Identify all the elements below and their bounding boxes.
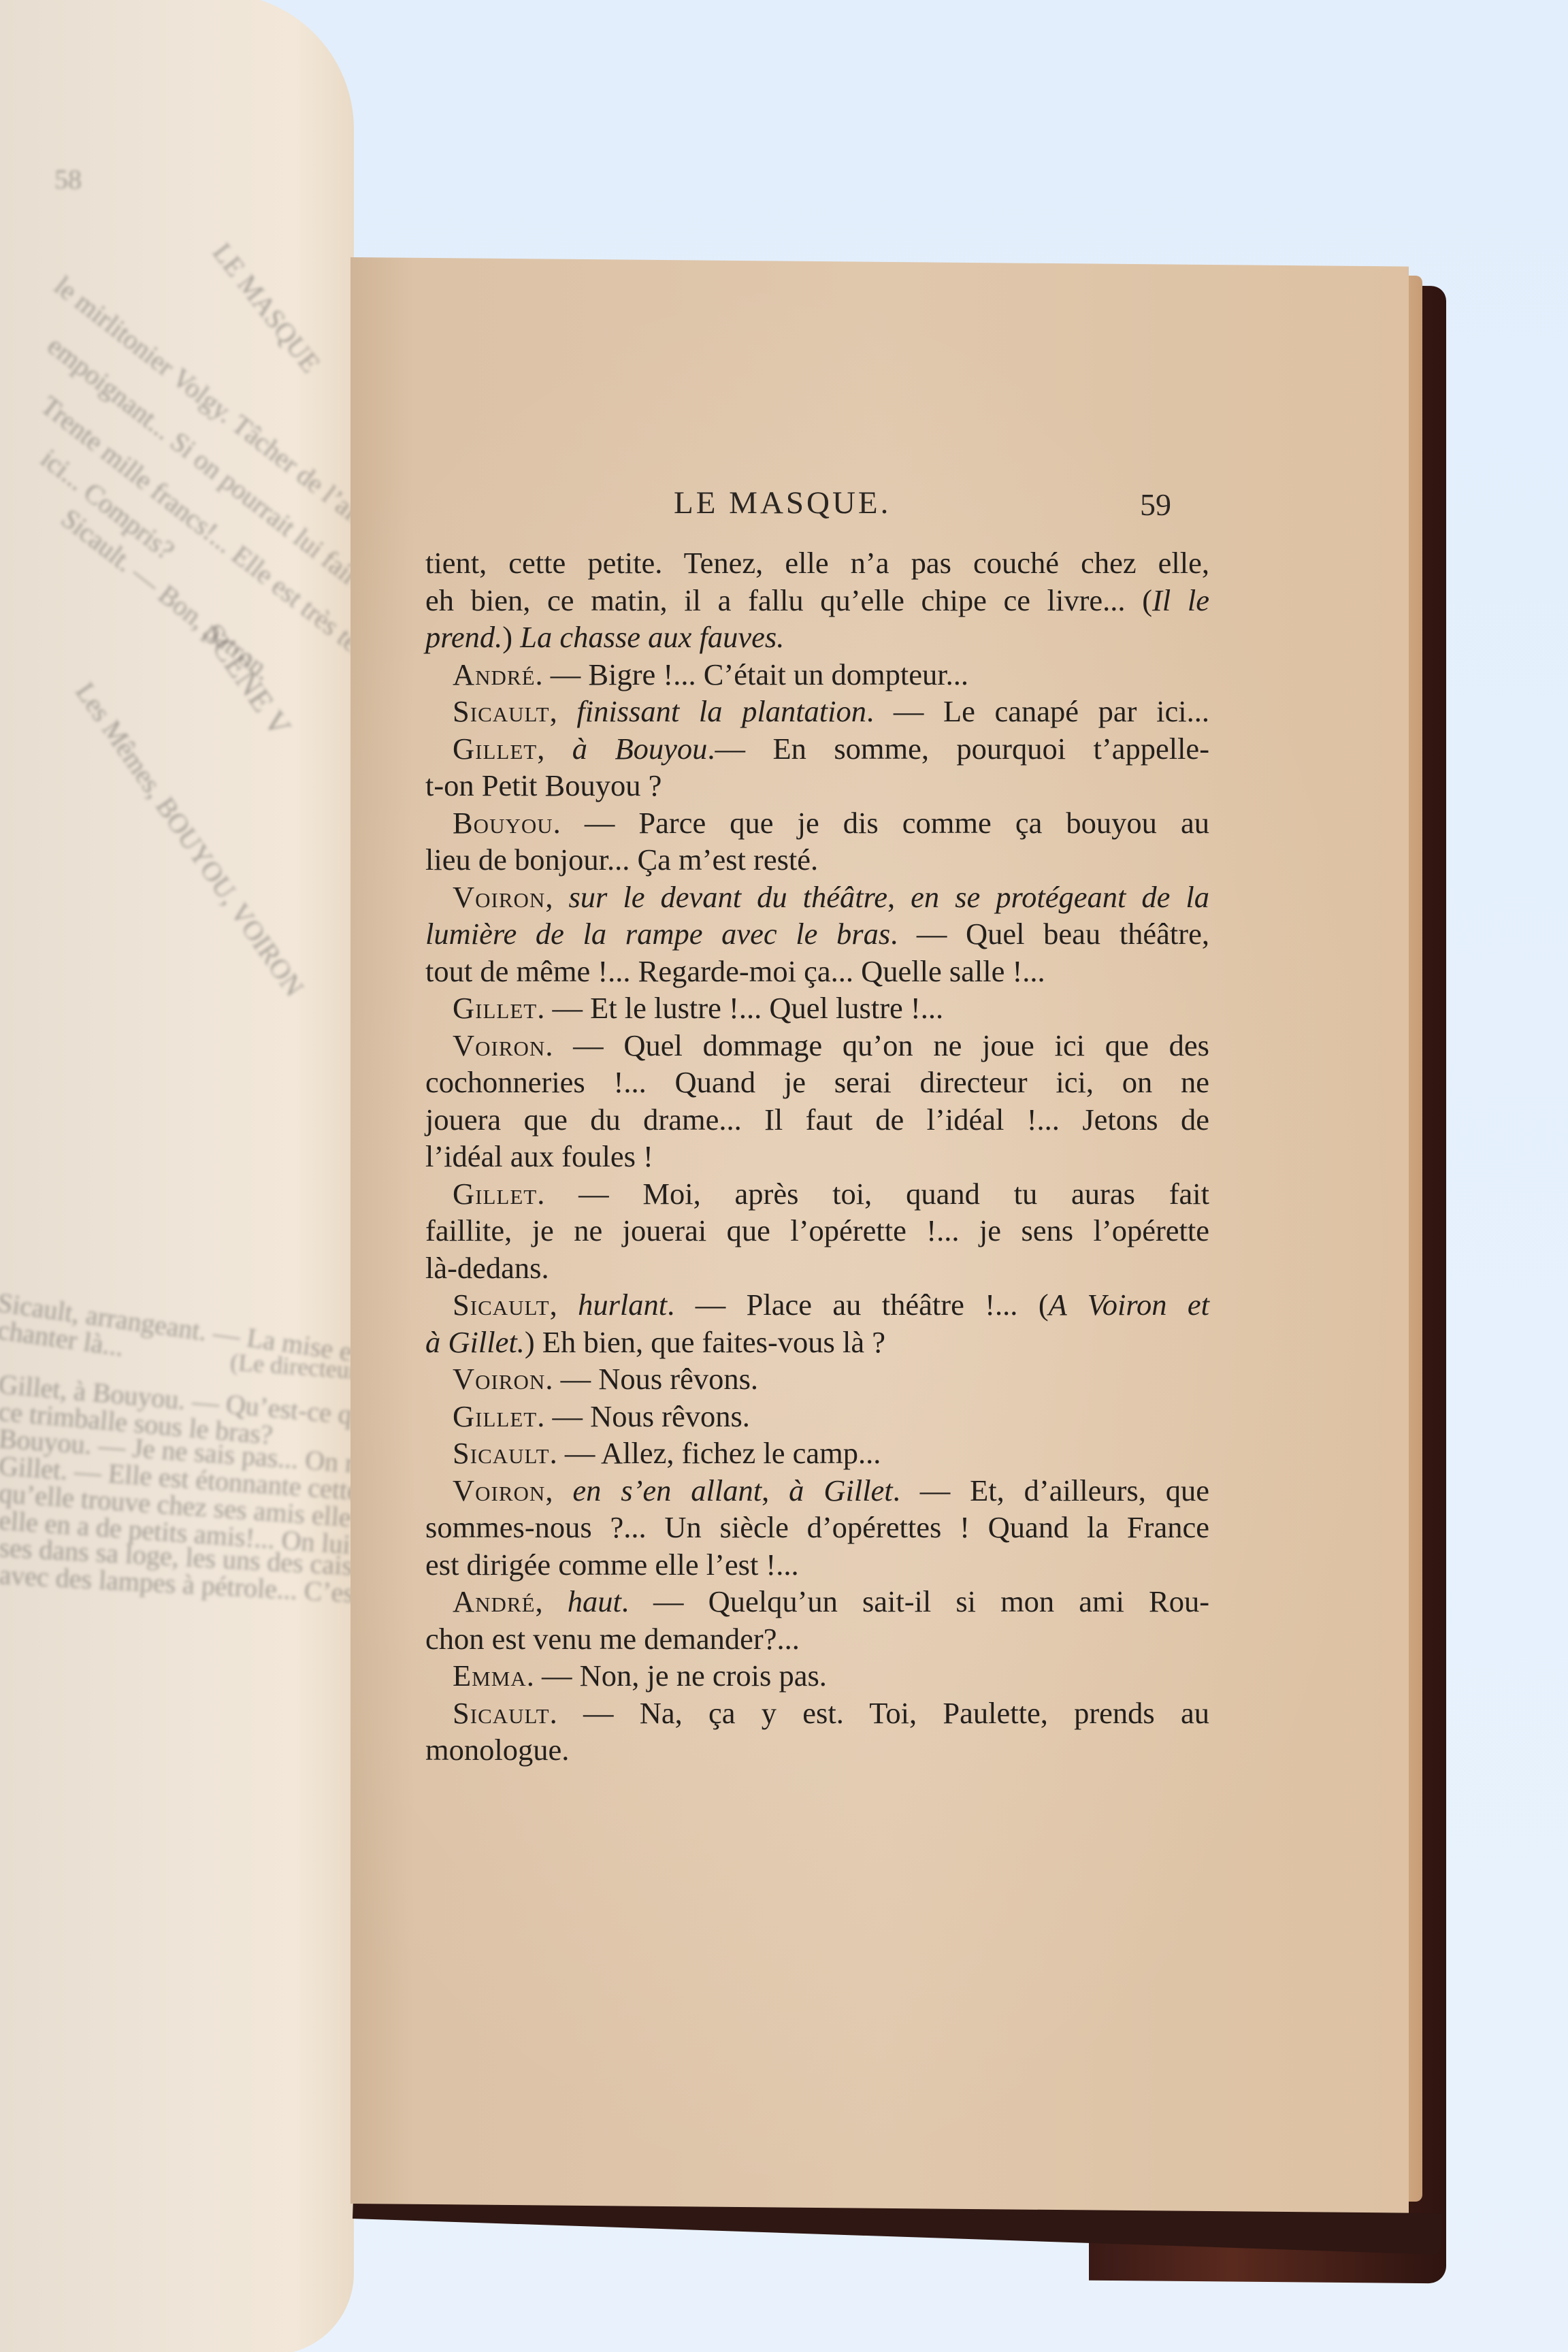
text-line: lumière de la rampe avec le bras. — Quel… bbox=[425, 915, 1209, 953]
text-line: sommes-nous ?... Un siècle d’opérettes !… bbox=[425, 1509, 1209, 1546]
facing-page-line: SCÈNE V bbox=[195, 617, 299, 743]
speaker-name: Bouyou bbox=[453, 806, 553, 840]
text-line: Gillet. — Moi, après toi, quand tu auras… bbox=[425, 1175, 1209, 1213]
dialogue-text: ) bbox=[502, 620, 520, 654]
dialogue-text: . — Quel beau théâtre, bbox=[890, 917, 1209, 951]
text-line: cochonneries !... Quand je serai directe… bbox=[425, 1064, 1209, 1101]
text-line: Bouyou. — Parce que je dis comme ça bouy… bbox=[425, 804, 1209, 842]
text-line: eh bien, ce matin, il a fallu qu’elle ch… bbox=[425, 582, 1209, 619]
dialogue-text: eh bien, ce matin, il a fallu qu’elle ch… bbox=[425, 583, 1152, 617]
stage-direction: à Bouyou bbox=[572, 732, 708, 766]
text-line: André. — Bigre !... C’était un dompteur.… bbox=[425, 656, 1209, 693]
dialogue-text: . — Moi, après toi, quand tu auras fait bbox=[537, 1177, 1209, 1211]
dialogue-text: . — Quelqu’un sait-il si mon ami Rou- bbox=[621, 1584, 1209, 1618]
dialogue-text: . — Na, ça y est. Toi, Paulette, prends … bbox=[550, 1696, 1209, 1730]
speaker-name: André bbox=[453, 657, 536, 691]
dialogue-text: tout de même !... Regarde-moi ça... Quel… bbox=[425, 954, 1045, 988]
dialogue-text: . — Quel dommage qu’on ne joue ici que d… bbox=[545, 1028, 1209, 1062]
stage-direction: hurlant bbox=[578, 1288, 667, 1322]
speaker-name: Sicault bbox=[453, 1288, 550, 1322]
dialogue-text: , bbox=[762, 1473, 789, 1507]
text-line: est dirigée comme elle l’est !... bbox=[425, 1546, 1209, 1584]
dialogue-text: . — Et le lustre !... Quel lustre !... bbox=[537, 991, 943, 1025]
speaker-name: Voiron bbox=[453, 1028, 545, 1062]
text-line: Sicault, finissant la plantation. — Le c… bbox=[425, 693, 1209, 730]
text-line: Voiron, sur le devant du théâtre, en se … bbox=[425, 879, 1209, 916]
dialogue-text: est dirigée comme elle l’est !... bbox=[425, 1548, 799, 1582]
text-line: faillite, je ne jouerai que l’opérette !… bbox=[425, 1212, 1209, 1249]
text-line: Voiron. — Quel dommage qu’on ne joue ici… bbox=[425, 1027, 1209, 1064]
text-line: à Gillet.) Eh bien, que faites-vous là ? bbox=[425, 1324, 1209, 1361]
dialogue-text: lieu de bonjour... Ça m’est resté. bbox=[425, 843, 818, 877]
text-line: jouera que du drame... Il faut de l’idéa… bbox=[425, 1101, 1209, 1139]
dialogue-text: l’idéal aux foules ! bbox=[425, 1139, 653, 1173]
text-line: lieu de bonjour... Ça m’est resté. bbox=[425, 841, 1209, 879]
page-number: 59 bbox=[1140, 487, 1171, 523]
stage-direction: en se protégeant de la bbox=[911, 880, 1209, 914]
dialogue-text: . — Nous rêvons. bbox=[545, 1362, 758, 1396]
speaker-name: Emma bbox=[453, 1659, 527, 1693]
dialogue-text: , bbox=[887, 880, 911, 914]
dialogue-text: chon est venu me demander?... bbox=[425, 1622, 800, 1656]
dialogue-text: . — Parce que je dis comme ça bouyou au bbox=[553, 806, 1209, 840]
text-line: tient, cette petite. Tenez, elle n’a pas… bbox=[425, 544, 1209, 582]
dialogue-text: cochonneries !... Quand je serai directe… bbox=[425, 1065, 1209, 1099]
stage-direction: à Gillet bbox=[789, 1473, 893, 1507]
speaker-name: Gillet bbox=[453, 732, 537, 766]
dialogue-text: ) Eh bien, que faites-vous là ? bbox=[525, 1325, 885, 1359]
dialogue-text: t-on Petit Bouyou ? bbox=[425, 768, 661, 802]
dialogue-text: tient, cette petite. Tenez, elle n’a pas… bbox=[425, 546, 1209, 580]
dialogue-text: jouera que du drame... Il faut de l’idéa… bbox=[425, 1102, 1209, 1137]
dialogue-text: . — Et, d’ailleurs, que bbox=[893, 1473, 1209, 1507]
text-line: tout de même !... Regarde-moi ça... Quel… bbox=[425, 953, 1209, 990]
page-body-text: tient, cette petite. Tenez, elle n’a pas… bbox=[425, 544, 1209, 1769]
facing-page-line: 58 bbox=[54, 163, 82, 195]
text-line: Voiron. — Nous rêvons. bbox=[425, 1360, 1209, 1398]
text-line: Emma. — Non, je ne crois pas. bbox=[425, 1657, 1209, 1695]
speaker-name: Gillet bbox=[453, 1177, 537, 1211]
speaker-name: Voiron bbox=[453, 1362, 545, 1396]
speaker-name: André bbox=[453, 1584, 536, 1618]
speaker-name: Voiron bbox=[453, 1473, 545, 1507]
dialogue-text: .— En somme, pourquoi t’appelle- bbox=[707, 732, 1209, 766]
text-line: Sicault, hurlant. — Place au théâtre !..… bbox=[425, 1286, 1209, 1324]
text-line: Voiron, en s’en allant, à Gillet. — Et, … bbox=[425, 1472, 1209, 1509]
running-head: LE MASQUE. bbox=[674, 485, 891, 521]
text-line: Sicault. — Na, ça y est. Toi, Paulette, … bbox=[425, 1695, 1209, 1732]
facing-page-left: 58LE MASQUEle mirlitonier Volgy. Tâcher … bbox=[0, 0, 354, 2352]
speaker-name: Sicault bbox=[453, 694, 550, 728]
stage-direction: finissant la plantation bbox=[576, 694, 866, 728]
text-line: t-on Petit Bouyou ? bbox=[425, 767, 1209, 804]
text-line: là-dedans. bbox=[425, 1249, 1209, 1287]
dialogue-text: . — Nous rêvons. bbox=[537, 1399, 750, 1433]
text-line: Gillet, à Bouyou.— En somme, pourquoi t’… bbox=[425, 730, 1209, 768]
text-line: Gillet. — Nous rêvons. bbox=[425, 1398, 1209, 1435]
stage-direction: sur le devant du théâtre bbox=[568, 880, 887, 914]
text-line: Gillet. — Et le lustre !... Quel lustre … bbox=[425, 990, 1209, 1027]
dialogue-text: , bbox=[550, 694, 577, 728]
dialogue-text: . — Place au théâtre !... ( bbox=[667, 1288, 1049, 1322]
text-line: André, haut. — Quelqu’un sait-il si mon … bbox=[425, 1583, 1209, 1620]
text-line: chon est venu me demander?... bbox=[425, 1620, 1209, 1658]
dialogue-text: , bbox=[537, 732, 572, 766]
dialogue-text: , bbox=[536, 1584, 568, 1618]
dialogue-text: monologue. bbox=[425, 1733, 569, 1767]
stage-direction: La chasse aux fauves. bbox=[520, 620, 784, 654]
dialogue-text: . — Allez, fichez le camp... bbox=[550, 1436, 881, 1470]
dialogue-text: là-dedans. bbox=[425, 1251, 549, 1285]
dialogue-text: , bbox=[550, 1288, 578, 1322]
stage-direction: à Gillet. bbox=[425, 1325, 525, 1359]
dialogue-text: , bbox=[545, 1473, 572, 1507]
stage-direction: prend. bbox=[425, 620, 502, 654]
dialogue-text: . — Non, je ne crois pas. bbox=[527, 1659, 827, 1693]
speaker-name: Sicault bbox=[453, 1436, 550, 1470]
speaker-name: Sicault bbox=[453, 1696, 550, 1730]
stage-direction: lumière de la rampe avec le bras bbox=[425, 917, 890, 951]
text-line: Sicault. — Allez, fichez le camp... bbox=[425, 1435, 1209, 1472]
stage-direction: Il le bbox=[1152, 583, 1209, 617]
text-line: monologue. bbox=[425, 1731, 1209, 1769]
dialogue-text: . — Bigre !... C’était un dompteur... bbox=[536, 657, 969, 691]
stage-direction: en s’en allant bbox=[572, 1473, 762, 1507]
dialogue-text: faillite, je ne jouerai que l’opérette !… bbox=[425, 1213, 1209, 1247]
text-line: prend.) La chasse aux fauves. bbox=[425, 619, 1209, 656]
speaker-name: Gillet bbox=[453, 991, 537, 1025]
stage-direction: A Voiron et bbox=[1049, 1288, 1209, 1322]
facing-page-line: LE MASQUE bbox=[206, 237, 327, 378]
dialogue-text: . — Le canapé par ici... bbox=[866, 694, 1209, 728]
stage-direction: haut bbox=[568, 1584, 621, 1618]
speaker-name: Voiron bbox=[453, 880, 545, 914]
speaker-name: Gillet bbox=[453, 1399, 537, 1433]
dialogue-text: sommes-nous ?... Un siècle d’opérettes !… bbox=[425, 1510, 1209, 1544]
text-line: l’idéal aux foules ! bbox=[425, 1138, 1209, 1175]
dialogue-text: , bbox=[545, 880, 568, 914]
